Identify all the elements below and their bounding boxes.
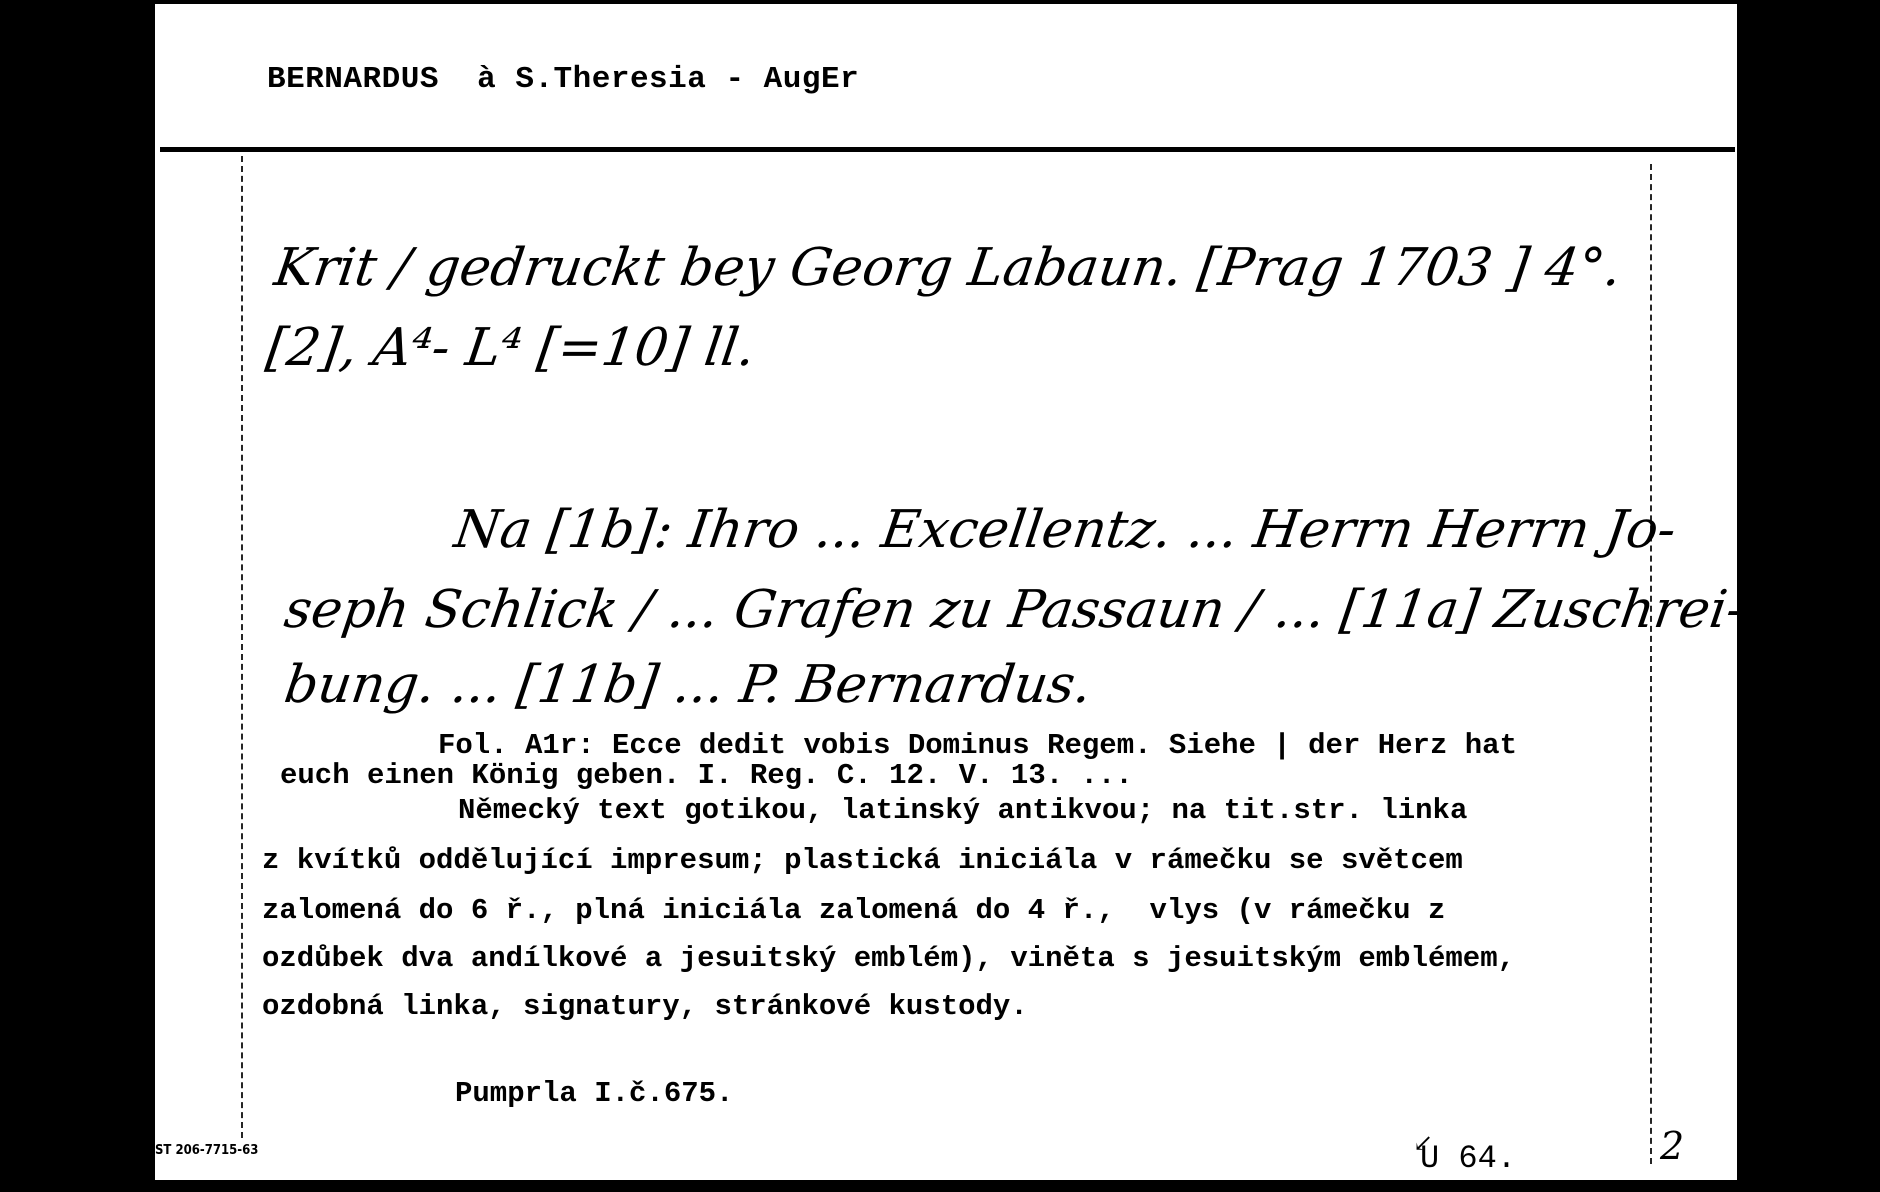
header-divider bbox=[160, 147, 1735, 152]
shelf-mark: U 64. bbox=[1420, 1140, 1516, 1177]
right-margin-guide bbox=[1650, 164, 1652, 1164]
typed-line: z kvítků oddělující impresum; plastická … bbox=[262, 846, 1463, 875]
handwritten-title-line: [2], A⁴- L⁴ [=10] ll. bbox=[263, 322, 758, 374]
left-margin-guide bbox=[241, 156, 243, 1138]
typed-line: Německý text gotikou, latinský antikvou;… bbox=[458, 796, 1467, 825]
typed-line: ozdůbek dva andílkové a jesuitský emblém… bbox=[262, 944, 1515, 973]
handwritten-note-line: seph Schlick / ... Grafen zu Passaun / .… bbox=[281, 584, 1747, 636]
handwritten-note-line: bung. ... [11b] ... P. Bernardus. bbox=[281, 659, 1094, 711]
handwritten-note-line: Na [1b]: Ihro ... Excellentz. ... Herrn … bbox=[451, 504, 1679, 556]
printer-stamp: ST 206-7715-63 bbox=[155, 1143, 258, 1158]
catalog-card: BERNARDUS à S.Theresia - AugEr Krit / ge… bbox=[155, 4, 1737, 1180]
typed-line: ozdobná linka, signatury, stránkové kust… bbox=[262, 992, 1028, 1021]
typed-line: Fol. A1r: Ecce dedit vobis Dominus Regem… bbox=[438, 731, 1517, 760]
handwritten-title-line: Krit / gedruckt bey Georg Labaun. [Prag … bbox=[271, 242, 1624, 294]
typed-line: zalomená do 6 ř., plná iniciála zalomená… bbox=[262, 896, 1445, 925]
page-number: 2 bbox=[1660, 1124, 1684, 1168]
card-heading: BERNARDUS à S.Theresia - AugEr bbox=[267, 62, 859, 97]
bibliographic-reference: Pumprla I.č.675. bbox=[455, 1079, 733, 1108]
typed-line: euch einen König geben. I. Reg. C. 12. V… bbox=[280, 761, 1133, 790]
